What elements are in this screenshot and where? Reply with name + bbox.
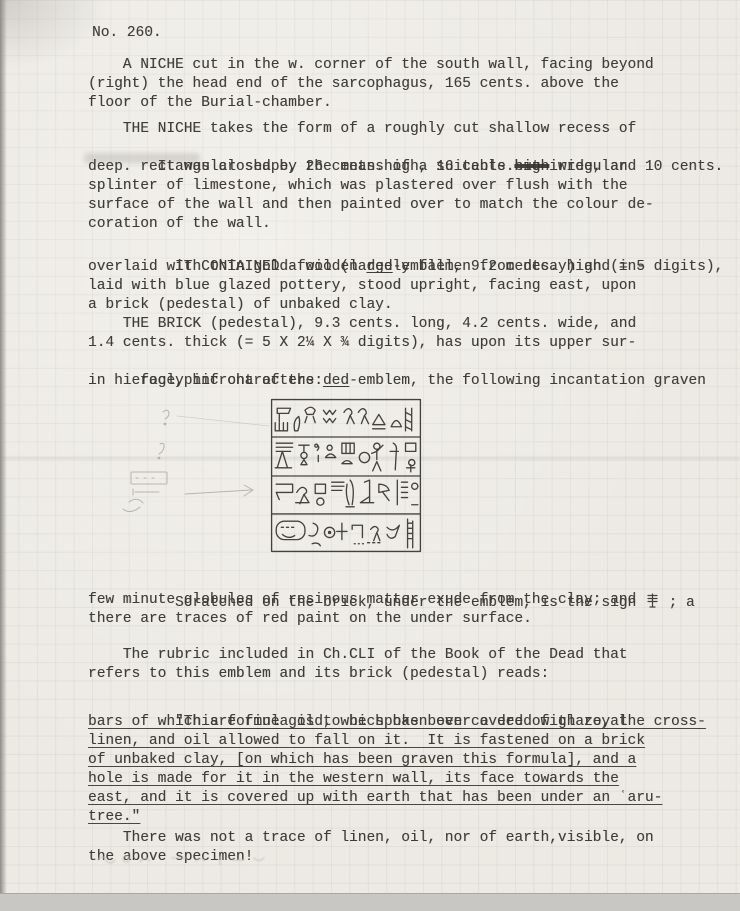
scan-bottom-edge xyxy=(0,893,740,911)
scan-left-edge xyxy=(0,0,7,911)
hieroglyph-panel-icon xyxy=(270,398,422,554)
djed-sign-icon xyxy=(646,591,659,609)
paragraph-contents: IT CONTAINED a wooden ded-emblem, 9.2 ce… xyxy=(88,239,723,315)
text-line: A NICHE cut in the w. corner of the sout… xyxy=(88,56,654,75)
quotation-book-of-the-dead: "This formula is to be spoken over a ded… xyxy=(88,694,706,827)
text-line: floor of the Burial-chamber. xyxy=(88,94,654,113)
pencil-question-mark xyxy=(163,410,169,419)
text-line: The rubric included in Ch.CLI of the Boo… xyxy=(88,646,628,665)
text-line: overlaid with thin gold-foil (largely fa… xyxy=(88,258,723,277)
text-segment: -emblem, the following incantation grave… xyxy=(349,373,706,389)
text-line: tree." xyxy=(88,808,706,827)
hieroglyph-panel-figure xyxy=(270,398,422,561)
scanned-document-page: No. 260. A NICHE cut in the w. corner of… xyxy=(0,0,740,911)
paragraph-scratched-sign: Scratched on the brick, under the emblem… xyxy=(88,572,695,629)
text-line: THE BRICK (pedestal), 9.3 cents. long, 4… xyxy=(88,315,706,334)
underlined-word-ded: ded xyxy=(323,373,349,389)
text-line: surface of the wall and then painted ove… xyxy=(88,196,723,215)
text-line: of unbaked clay, [on which has been grav… xyxy=(88,751,706,770)
text-line: IT CONTAINED a wooden ded-emblem, 9.2 ce… xyxy=(88,239,723,258)
text-line: linen, and oil allowed to fall on it. It… xyxy=(88,732,706,751)
text-line: splinter of limestone, which was plaster… xyxy=(88,177,723,196)
text-line: coration of the wall. xyxy=(88,215,723,234)
pencil-annotations xyxy=(105,396,275,567)
text-line: east, and it is covered up with earth th… xyxy=(88,789,706,808)
paragraph-niche-description: THE NICHE takes the form of a roughly cu… xyxy=(88,120,723,234)
text-line: rectangular shape, 26 cents.high, 16 cen… xyxy=(88,139,723,158)
text-line: There was not a trace of linen, oil, nor… xyxy=(88,829,654,848)
bleed-through-icon xyxy=(92,848,312,872)
text-line: "This formula is to be spoken over a ded… xyxy=(88,694,706,713)
text-line: there are traces of red paint on the und… xyxy=(88,610,695,629)
pencil-arrow xyxy=(185,490,251,494)
text-line: refers to this emblem and its brick (ped… xyxy=(88,665,628,684)
pencil-question-mark xyxy=(159,443,164,454)
text-line: (right) the head end of the sarcophagus,… xyxy=(88,75,654,94)
text-line: 1.4 cents. thick (= 5 X 2¼ X ¾ digits), … xyxy=(88,334,706,353)
paragraph-niche-location: A NICHE cut in the w. corner of the sout… xyxy=(88,56,654,113)
pencil-annotations-icon xyxy=(105,396,275,560)
text-line: Scratched on the brick, under the emblem… xyxy=(88,572,695,591)
bleed-through-marks xyxy=(92,848,312,879)
text-line: few minute globules of resinous matter e… xyxy=(88,591,695,610)
text-line: a brick (pedestal) of unbaked clay. xyxy=(88,296,723,315)
text-segment: ; a xyxy=(660,595,695,611)
document-number: No. 260. xyxy=(92,24,162,43)
text-line: hole is made for it in the western wall,… xyxy=(88,770,706,789)
text-line: laid with blue glazed pottery, stood upr… xyxy=(88,277,723,296)
text-line: THE NICHE takes the form of a roughly cu… xyxy=(88,120,723,139)
paragraph-rubric-intro: The rubric included in Ch.CLI of the Boo… xyxy=(88,646,628,684)
paragraph-brick-description: THE BRICK (pedestal), 9.3 cents. long, 4… xyxy=(88,315,706,391)
text-line: face, infront of the ded-emblem, the fol… xyxy=(88,353,706,372)
text-line: bars of which are fine gold, which has b… xyxy=(88,713,706,732)
